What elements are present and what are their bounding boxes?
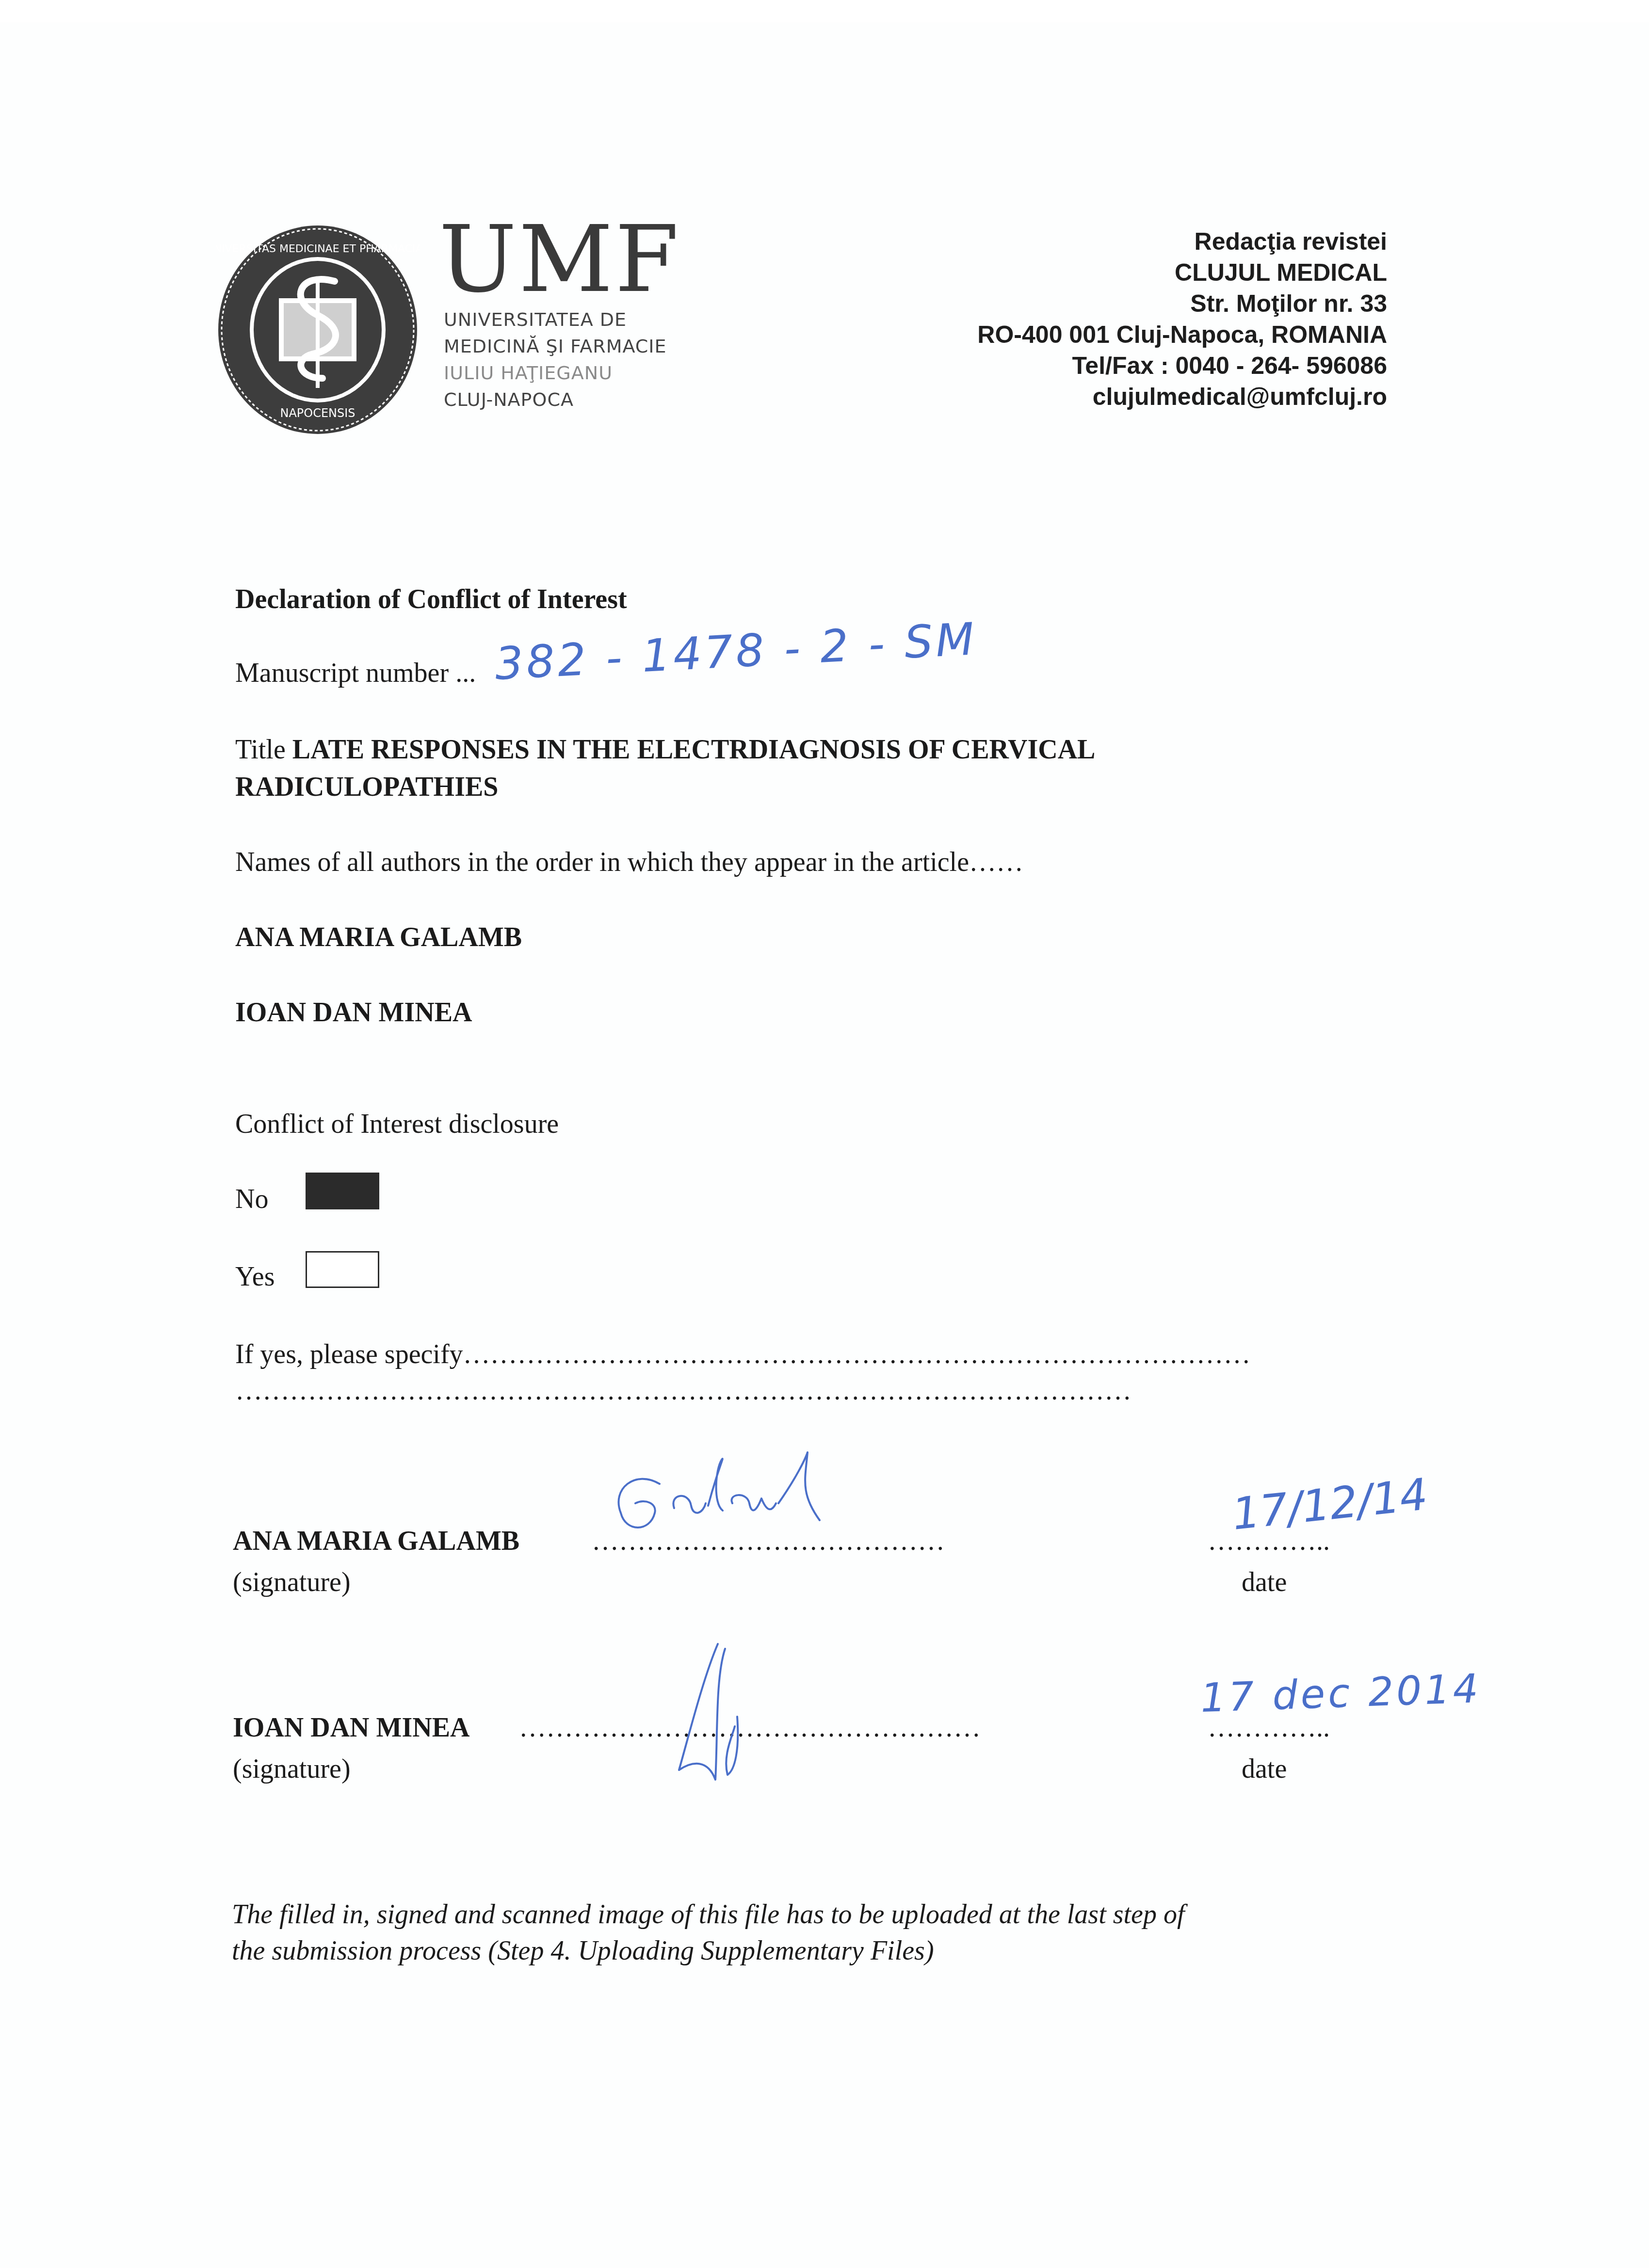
svg-text:NAPOCENSIS: NAPOCENSIS (280, 406, 355, 420)
signer-name: ANA MARIA GALAMB (233, 1528, 519, 1555)
signer-name: IOAN DAN MINEA (233, 1714, 469, 1741)
authors-label: Names of all authors in the order in whi… (235, 849, 1023, 876)
date-caption: date (1242, 1569, 1287, 1596)
university-name-line: IULIU HAŢIEGANU (444, 364, 613, 382)
university-seal-icon: UNIVERSITAS MEDICINAE ET PHARMACIAE NAPO… (216, 223, 420, 436)
option-yes-label: Yes (235, 1263, 275, 1290)
journal-office-label: Redacţia revistei (1195, 229, 1387, 254)
date-value: 17/12/14 (1230, 1469, 1430, 1540)
date-caption: date (1242, 1755, 1287, 1783)
title-label: Title (235, 735, 286, 765)
phone-fax: Tel/Fax : 0040 - 264- 596086 (1072, 354, 1388, 378)
date-value: 17 dec 2014 (1200, 1666, 1482, 1721)
form-heading: Declaration of Conflict of Interest (235, 586, 627, 613)
contact-email: clujulmedical@umfcluj.ro (1093, 385, 1387, 409)
umf-logo-text: UMF (439, 213, 681, 306)
author-name: ANA MARIA GALAMB (235, 924, 522, 951)
scan-top-edge (0, 0, 1649, 22)
author-name: IOAN DAN MINEA (235, 999, 472, 1026)
signature-caption: (signature) (233, 1755, 351, 1783)
scanned-document: UNIVERSITAS MEDICINAE ET PHARMACIAE NAPO… (0, 0, 1649, 2268)
signature-galamb-icon (592, 1450, 960, 1547)
no-checkbox[interactable] (306, 1173, 379, 1209)
city-address: RO-400 001 Cluj-Napoca, ROMANIA (977, 322, 1387, 347)
option-no-label: No (235, 1186, 268, 1213)
specify-dots-line-2[interactable]: ……………………………………………………………………………………… (235, 1377, 1132, 1404)
university-name-line: UNIVERSITATEA DE (444, 310, 627, 329)
article-title: LATE RESPONSES IN THE ELECTRDIAGNOSIS OF… (292, 735, 1096, 765)
manuscript-number-label: Manuscript number ... (235, 659, 476, 687)
university-name-line: CLUJ-NAPOCA (444, 390, 574, 409)
signature-minea-icon (630, 1639, 786, 1785)
university-name-line: MEDICINĂ ŞI FARMACIE (444, 337, 667, 355)
article-title-continued: RADICULOPATHIES (235, 773, 498, 801)
specify-row: If yes, please specify………………………………………………… (235, 1341, 1251, 1368)
specify-dots[interactable]: …………………………………………………………………………… (463, 1339, 1251, 1369)
journal-name: CLUJUL MEDICAL (1175, 260, 1387, 285)
svg-text:UNIVERSITAS MEDICINAE ET PHARM: UNIVERSITAS MEDICINAE ET PHARMACIAE (216, 243, 420, 255)
signature-caption: (signature) (233, 1569, 351, 1596)
upload-instruction-continued: the submission process (Step 4. Uploadin… (232, 1937, 934, 1964)
specify-label: If yes, please specify (235, 1339, 463, 1369)
street-address: Str. Moţilor nr. 33 (1190, 291, 1387, 316)
title-row: Title LATE RESPONSES IN THE ELECTRDIAGNO… (235, 736, 1095, 763)
disclosure-label: Conflict of Interest disclosure (235, 1110, 559, 1138)
manuscript-number-value: 382 - 1478 - 2 - SM (494, 613, 978, 690)
upload-instruction: The filled in, signed and scanned image … (232, 1901, 1184, 1928)
yes-checkbox[interactable] (306, 1251, 379, 1288)
